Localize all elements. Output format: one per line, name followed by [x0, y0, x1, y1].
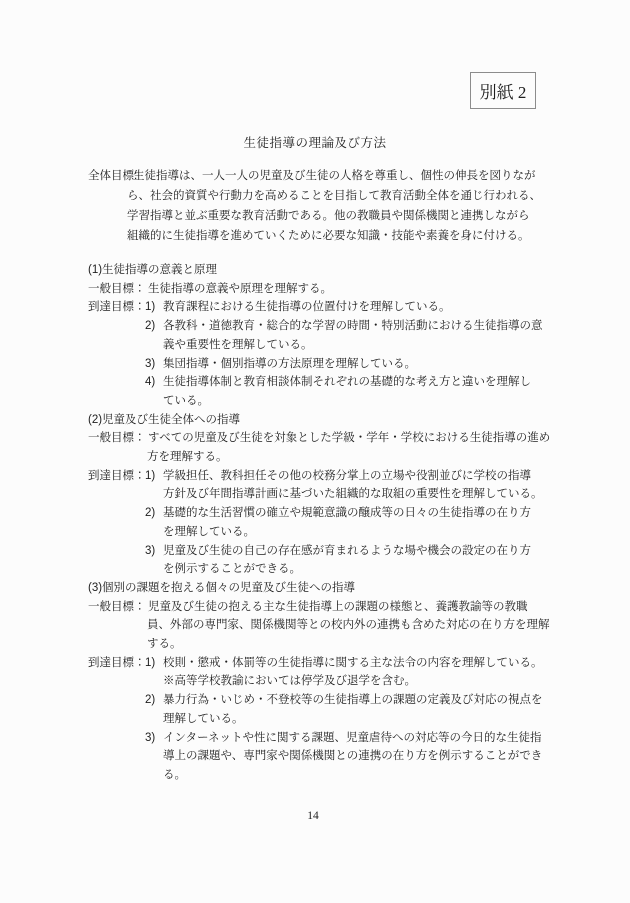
- overall-goal-section: 全体目標: 生徒指導は、一人一人の児童及び生徒の人格を尊重し、個性の伸長を図りな…: [88, 166, 558, 246]
- page-number: 14: [0, 810, 626, 822]
- goal-item-row: 3) インターネットや性に関する課題、児童虐待への対応等の今日的な生徒指: [88, 729, 558, 748]
- general-goal-label: 一般目標：: [88, 598, 148, 617]
- continuation-line: 員、外部の専門家、関係機関等との校内外の連携も含めた対応の在り方を理解: [88, 616, 558, 635]
- line-text: 生徒指導体制と教育相談体制それぞれの基礎的な考え方と違いを理解し: [163, 373, 531, 392]
- goal-item-row: 3) 児童及び生徒の自己の存在感が育まれるような場や機会の設定の在り方: [88, 542, 558, 561]
- item-number: 2): [145, 691, 163, 710]
- attainment-goal-row: 到達目標： 1) 教育課程における生徒指導の位置付けを理解している。: [88, 298, 558, 317]
- item-number: 1): [145, 467, 163, 486]
- overall-goal-line: 全体目標: 生徒指導は、一人一人の児童及び生徒の人格を尊重し、個性の伸長を図りな…: [88, 166, 558, 186]
- line-text: 学級担任、教科担任その他の校務分掌上の立場や役割並びに学校の指導: [163, 467, 531, 486]
- attainment-goal-label: 到達目標：: [88, 298, 145, 317]
- general-goal-label: 一般目標：: [88, 280, 148, 299]
- attainment-goal-row: 到達目標： 1) 学級担任、教科担任その他の校務分掌上の立場や役割並びに学校の指…: [88, 467, 558, 486]
- line-text: 暴力行為・いじめ・不登校等の生徒指導上の課題の定義及び対応の視点を: [163, 691, 543, 710]
- line-text: インターネットや性に関する課題、児童虐待への対応等の今日的な生徒指: [163, 729, 541, 748]
- overall-goal-label: 全体目標:: [88, 166, 133, 186]
- continuation-line: を理解している。: [88, 523, 558, 542]
- line-text: ら、社会的資質や行動力を高めることを目指して教育活動全体を通じ行われる、: [127, 186, 541, 206]
- item-number: 1): [145, 654, 163, 673]
- continuation-line: る。: [88, 766, 558, 785]
- item-number: 3): [145, 729, 163, 748]
- line-text: 導上の課題や、専門家や関係機関との連携の在り方を例示することができ: [163, 747, 542, 766]
- section-heading: (1)生徒指導の意義と原理: [88, 261, 558, 280]
- line-text: 方針及び年間指導計画に基づいた組織的な取組の重要性を理解している。: [163, 485, 543, 504]
- overall-goal-line: 組織的に生徒指導を進めていくために必要な知識・技能や素養を身に付ける。: [88, 226, 558, 246]
- line-text: ている。: [163, 392, 209, 411]
- item-number: 3): [145, 542, 163, 561]
- line-text: 義や重要性を理解している。: [163, 336, 313, 355]
- goal-item-row: 2) 各教科・道徳教育・総合的な学習の時間・特別活動における生徒指導の意: [88, 317, 558, 336]
- line-text: 方を理解する。: [147, 448, 228, 467]
- line-text: 組織的に生徒指導を進めていくために必要な知識・技能や素養を身に付ける。: [127, 226, 530, 246]
- line-text: 基礎的な生活習慣の確立や規範意識の醸成等の日々の生徒指導の在り方: [163, 504, 531, 523]
- line-text: 校則・懲戒・体罰等の生徒指導に関する主な法令の内容を理解している。: [163, 654, 543, 673]
- attainment-goal-label: 到達目標：: [88, 467, 145, 486]
- continuation-line: 理解している。: [88, 710, 558, 729]
- line-text: 児童及び生徒の自己の存在感が育まれるような場や機会の設定の在り方: [163, 542, 531, 561]
- line-text: 教育課程における生徒指導の位置付けを理解している。: [163, 298, 451, 317]
- continuation-line: 方を理解する。: [88, 448, 558, 467]
- general-goal-row: 一般目標： すべての児童及び生徒を対象とした学級・学年・学校における生徒指導の進…: [88, 429, 558, 448]
- overall-goal-line: ら、社会的資質や行動力を高めることを目指して教育活動全体を通じ行われる、: [88, 186, 558, 206]
- item-number: 2): [145, 317, 163, 336]
- line-text: 児童及び生徒の抱える主な生徒指導上の課題の様態と、養護教諭等の教職: [148, 598, 528, 617]
- attachment-label-box: 別紙 2: [470, 72, 536, 109]
- section-heading: (3)個別の課題を抱える個々の児童及び生徒への指導: [88, 579, 558, 598]
- continuation-line: する。: [88, 635, 558, 654]
- line-text: 集団指導・個別指導の方法原理を理解している。: [163, 355, 416, 374]
- general-goal-label: 一般目標：: [88, 429, 148, 448]
- item-number: 3): [145, 355, 163, 374]
- continuation-line: ている。: [88, 392, 558, 411]
- section-heading: (2)児童及び生徒全体への指導: [88, 411, 558, 430]
- attainment-goal-label: 到達目標：: [88, 654, 145, 673]
- item-number: 2): [145, 504, 163, 523]
- line-text: 生徒指導は、一人一人の児童及び生徒の人格を尊重し、個性の伸長を図りなが: [133, 166, 536, 186]
- section-heading-text: (2)児童及び生徒全体への指導: [88, 411, 240, 430]
- note-line: ※高等学校教諭においては停学及び退学を含む。: [88, 672, 558, 691]
- goal-item-row: 2) 基礎的な生活習慣の確立や規範意識の醸成等の日々の生徒指導の在り方: [88, 504, 558, 523]
- line-text: ※高等学校教諭においては停学及び退学を含む。: [163, 672, 416, 691]
- continuation-line: 義や重要性を理解している。: [88, 336, 558, 355]
- item-number: 1): [145, 298, 163, 317]
- continuation-line: 方針及び年間指導計画に基づいた組織的な取組の重要性を理解している。: [88, 485, 558, 504]
- attainment-goal-row: 到達目標： 1) 校則・懲戒・体罰等の生徒指導に関する主な法令の内容を理解してい…: [88, 654, 558, 673]
- document-body: (1)生徒指導の意義と原理 一般目標： 生徒指導の意義や原理を理解する。 到達目…: [88, 261, 558, 785]
- line-text: 員、外部の専門家、関係機関等との校内外の連携も含めた対応の在り方を理解: [147, 616, 550, 635]
- attachment-label: 別紙 2: [480, 78, 527, 103]
- goal-item-row: 3) 集団指導・個別指導の方法原理を理解している。: [88, 355, 558, 374]
- goal-item-row: 2) 暴力行為・いじめ・不登校等の生徒指導上の課題の定義及び対応の視点を: [88, 691, 558, 710]
- overall-goal-line: 学習指導と並ぶ重要な教育活動である。他の教職員や関係機関と連携しながら: [88, 206, 558, 226]
- line-text: 各教科・道徳教育・総合的な学習の時間・特別活動における生徒指導の意: [163, 317, 543, 336]
- goal-item-row: 4) 生徒指導体制と教育相談体制それぞれの基礎的な考え方と違いを理解し: [88, 373, 558, 392]
- section-heading-text: (1)生徒指導の意義と原理: [88, 261, 217, 280]
- general-goal-row: 一般目標： 生徒指導の意義や原理を理解する。: [88, 280, 558, 299]
- section-heading-text: (3)個別の課題を抱える個々の児童及び生徒への指導: [88, 579, 355, 598]
- document-title: 生徒指導の理論及び方法: [0, 133, 630, 151]
- line-text: 生徒指導の意義や原理を理解する。: [148, 280, 332, 299]
- line-text: すべての児童及び生徒を対象とした学級・学年・学校における生徒指導の進め: [148, 429, 550, 448]
- general-goal-row: 一般目標： 児童及び生徒の抱える主な生徒指導上の課題の様態と、養護教諭等の教職: [88, 598, 558, 617]
- document-page: { "colors": { "background": "#fcfcfc", "…: [0, 0, 630, 903]
- continuation-line: 導上の課題や、専門家や関係機関との連携の在り方を例示することができ: [88, 747, 558, 766]
- line-text: る。: [163, 766, 186, 785]
- line-text: を例示することができる。: [163, 560, 301, 579]
- line-text: を理解している。: [163, 523, 255, 542]
- line-text: する。: [147, 635, 182, 654]
- item-number: 4): [145, 373, 163, 392]
- line-text: 理解している。: [163, 710, 244, 729]
- continuation-line: を例示することができる。: [88, 560, 558, 579]
- line-text: 学習指導と並ぶ重要な教育活動である。他の教職員や関係機関と連携しながら: [127, 206, 530, 226]
